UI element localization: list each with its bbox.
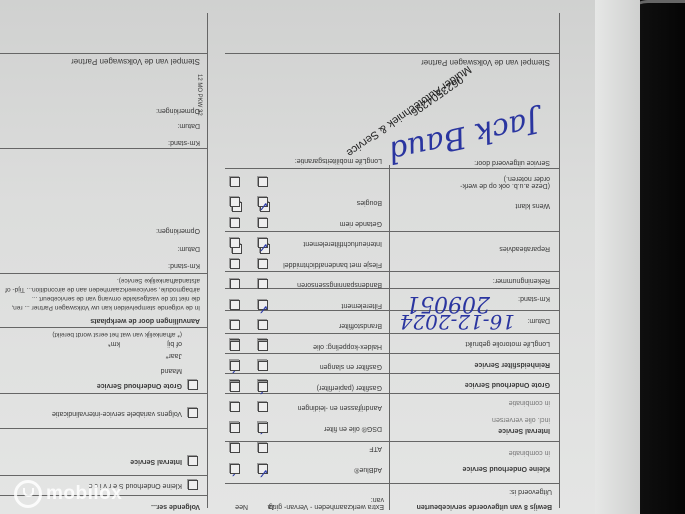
checkbox-next-kleine[interactable] — [188, 480, 198, 490]
checkbox-extra-ja[interactable] — [258, 218, 268, 228]
next-interval: Interval Service — [130, 458, 182, 465]
checkbox-extra-ja[interactable] — [258, 280, 268, 290]
extra-item-label: Filterelement — [342, 302, 382, 309]
next-variable: Volgens variabele service-intervalindica… — [52, 410, 182, 417]
km-label: Km-stand: — [518, 295, 550, 302]
workorder-note: (Deze a.u.b. ook op de werk- order noter… — [460, 175, 550, 189]
extra-header: Extra werkzaamheden - Vervan- ging van: — [264, 496, 384, 510]
checkmark: ✓ — [258, 466, 269, 479]
extra-item-label: Interieurluchtfilterelement — [303, 241, 382, 248]
checkbox-extra-ja[interactable] — [258, 177, 268, 187]
service-longlife-oil: LongLife motorolie gebruikt — [466, 340, 550, 347]
extra-item-label: DSG® olie en filter — [324, 425, 382, 432]
uitgevoerd-label: Uitgevoerd is: — [509, 488, 552, 495]
mobilox-watermark: mobilox — [14, 480, 122, 508]
next-service-header: Volgende ser... — [151, 503, 200, 510]
checkbox-extra-nee[interactable] — [230, 362, 240, 372]
checkbox-extra-nee[interactable] — [230, 259, 240, 269]
checkbox-next-variable[interactable] — [188, 408, 198, 418]
rekeningnummer-label: Rekeningnummer: — [493, 277, 550, 284]
checkbox-extra-nee[interactable] — [230, 218, 240, 228]
checkbox-extra-nee[interactable] — [230, 280, 240, 290]
extra-item-label: Haldex-koppeling: olie — [313, 343, 382, 350]
service-kleine: Kleine Onderhoud Service — [462, 465, 550, 472]
extra-item-label: Bougies — [357, 200, 382, 207]
aanvulling-text: In de volgende stempelvelden kan uw Volk… — [5, 276, 200, 312]
col-nee-header: Nee — [235, 503, 248, 510]
checkbox-extra-nee[interactable] — [230, 321, 240, 331]
watermark-text: mobilox — [46, 483, 122, 505]
extra-item-label: Brandstoffilter — [339, 323, 382, 330]
mobilox-logo-icon — [14, 480, 42, 508]
extra-item-label: Gasfilter en slangen — [320, 364, 382, 371]
next-grote: Grote Onderhoud Service — [97, 382, 182, 389]
aanvulling-header: Aanvullingen door de werkplaats — [90, 317, 200, 324]
checkbox-extra-nee[interactable] — [230, 300, 240, 310]
checkbox-extra-nee[interactable] — [230, 423, 240, 433]
datum-label: Datum: — [527, 317, 550, 324]
jaar-label: Jaar* — [166, 352, 182, 359]
checkbox-extra-nee[interactable] — [230, 198, 240, 208]
checkbox-extra-ja[interactable] — [258, 259, 268, 269]
checkbox-next-interval[interactable] — [188, 456, 198, 466]
kmstand-label-2: Km-stand: — [168, 139, 200, 146]
opmerkingen-label-2: Opmerkingen: — [156, 107, 200, 114]
extra-item-label: AdBlue® — [354, 466, 382, 473]
checkbox-extra-ja[interactable] — [258, 444, 268, 454]
service-grote: Grote Onderhoud Service — [465, 381, 550, 388]
stamp-label-right: Stempel van de Volkswagen Partner — [71, 57, 200, 66]
checkbox-extra-ja[interactable] — [258, 382, 268, 392]
checkmark: ✓ — [258, 302, 269, 315]
checkbox-extra-nee[interactable] — [230, 464, 240, 474]
footnote: (* afhankelijk van wat het eerst wordt b… — [52, 331, 182, 338]
extra-item-label: ATF — [369, 446, 382, 453]
checkbox-extra-ja[interactable] — [258, 403, 268, 413]
checkbox-extra-ja[interactable] — [258, 423, 268, 433]
maand-label: Maand — [161, 367, 182, 374]
reparatieadvies-label: Reparatieadvies — [499, 245, 550, 252]
service-door-label: Service uitgevoerd door: — [474, 159, 550, 166]
dealer-stamp-phone: 0623504296 — [408, 73, 465, 118]
extra-item-label: Flesje met bandenafdichtmiddel — [283, 261, 382, 268]
of-bij-label: of bij — [167, 340, 182, 347]
checkbox-extra-nee[interactable] — [230, 239, 240, 249]
extra-item-label: Getande riem — [340, 220, 382, 227]
checkbox-next-grote[interactable] — [188, 380, 198, 390]
service-interval-sub: incl. olie verversen — [492, 416, 550, 423]
service-interval: Interval Service — [498, 427, 550, 434]
kmstand-label-1: Km-stand: — [168, 262, 200, 269]
stamp-label-left: Stempel van de Volkswagen Partner — [421, 58, 550, 67]
checkbox-extra-nee[interactable] — [230, 444, 240, 454]
checkbox-extra-ja[interactable] — [258, 341, 268, 351]
proof-header: Bewijs 8 van uitgevoerde servicebeurten — [417, 503, 552, 510]
extra-item-label: Gasfilter (papierfilter) — [317, 384, 382, 391]
extra-item-label: Bandenspanningssensoren — [297, 282, 382, 289]
checkbox-extra-ja[interactable] — [258, 362, 268, 372]
checkbox-extra-nee[interactable] — [230, 341, 240, 351]
service-kleine-sub: in combinatie — [509, 449, 550, 456]
service-interval-sub2: in combinatie — [509, 399, 550, 406]
datum-label-1: Datum: — [177, 245, 200, 252]
checkbox-extra-nee[interactable] — [230, 403, 240, 413]
checkbox-extra-nee[interactable] — [230, 382, 240, 392]
service-booklet-page: Bewijs 8 van uitgevoerde servicebeurten … — [0, 0, 640, 514]
checkmark: ✓ — [258, 200, 269, 213]
longlife-guarantee-label: LongLife mobiliteitsgarantie: — [295, 157, 382, 164]
wens-klant-label: Wens klant — [516, 202, 551, 209]
checkmark: ✓ — [258, 241, 269, 254]
opmerkingen-label-1: Opmerkingen: — [156, 227, 200, 234]
service-reinheid: Reinheidsfilter Service — [475, 361, 550, 368]
page-edge — [595, 0, 640, 514]
checkbox-extra-ja[interactable] — [258, 321, 268, 331]
km-unit: km* — [108, 340, 120, 347]
checkbox-extra-nee[interactable] — [230, 177, 240, 187]
datum-label-2: Datum: — [177, 122, 200, 129]
extra-item-label: Aandrijfassen en -leidingen — [298, 405, 382, 412]
